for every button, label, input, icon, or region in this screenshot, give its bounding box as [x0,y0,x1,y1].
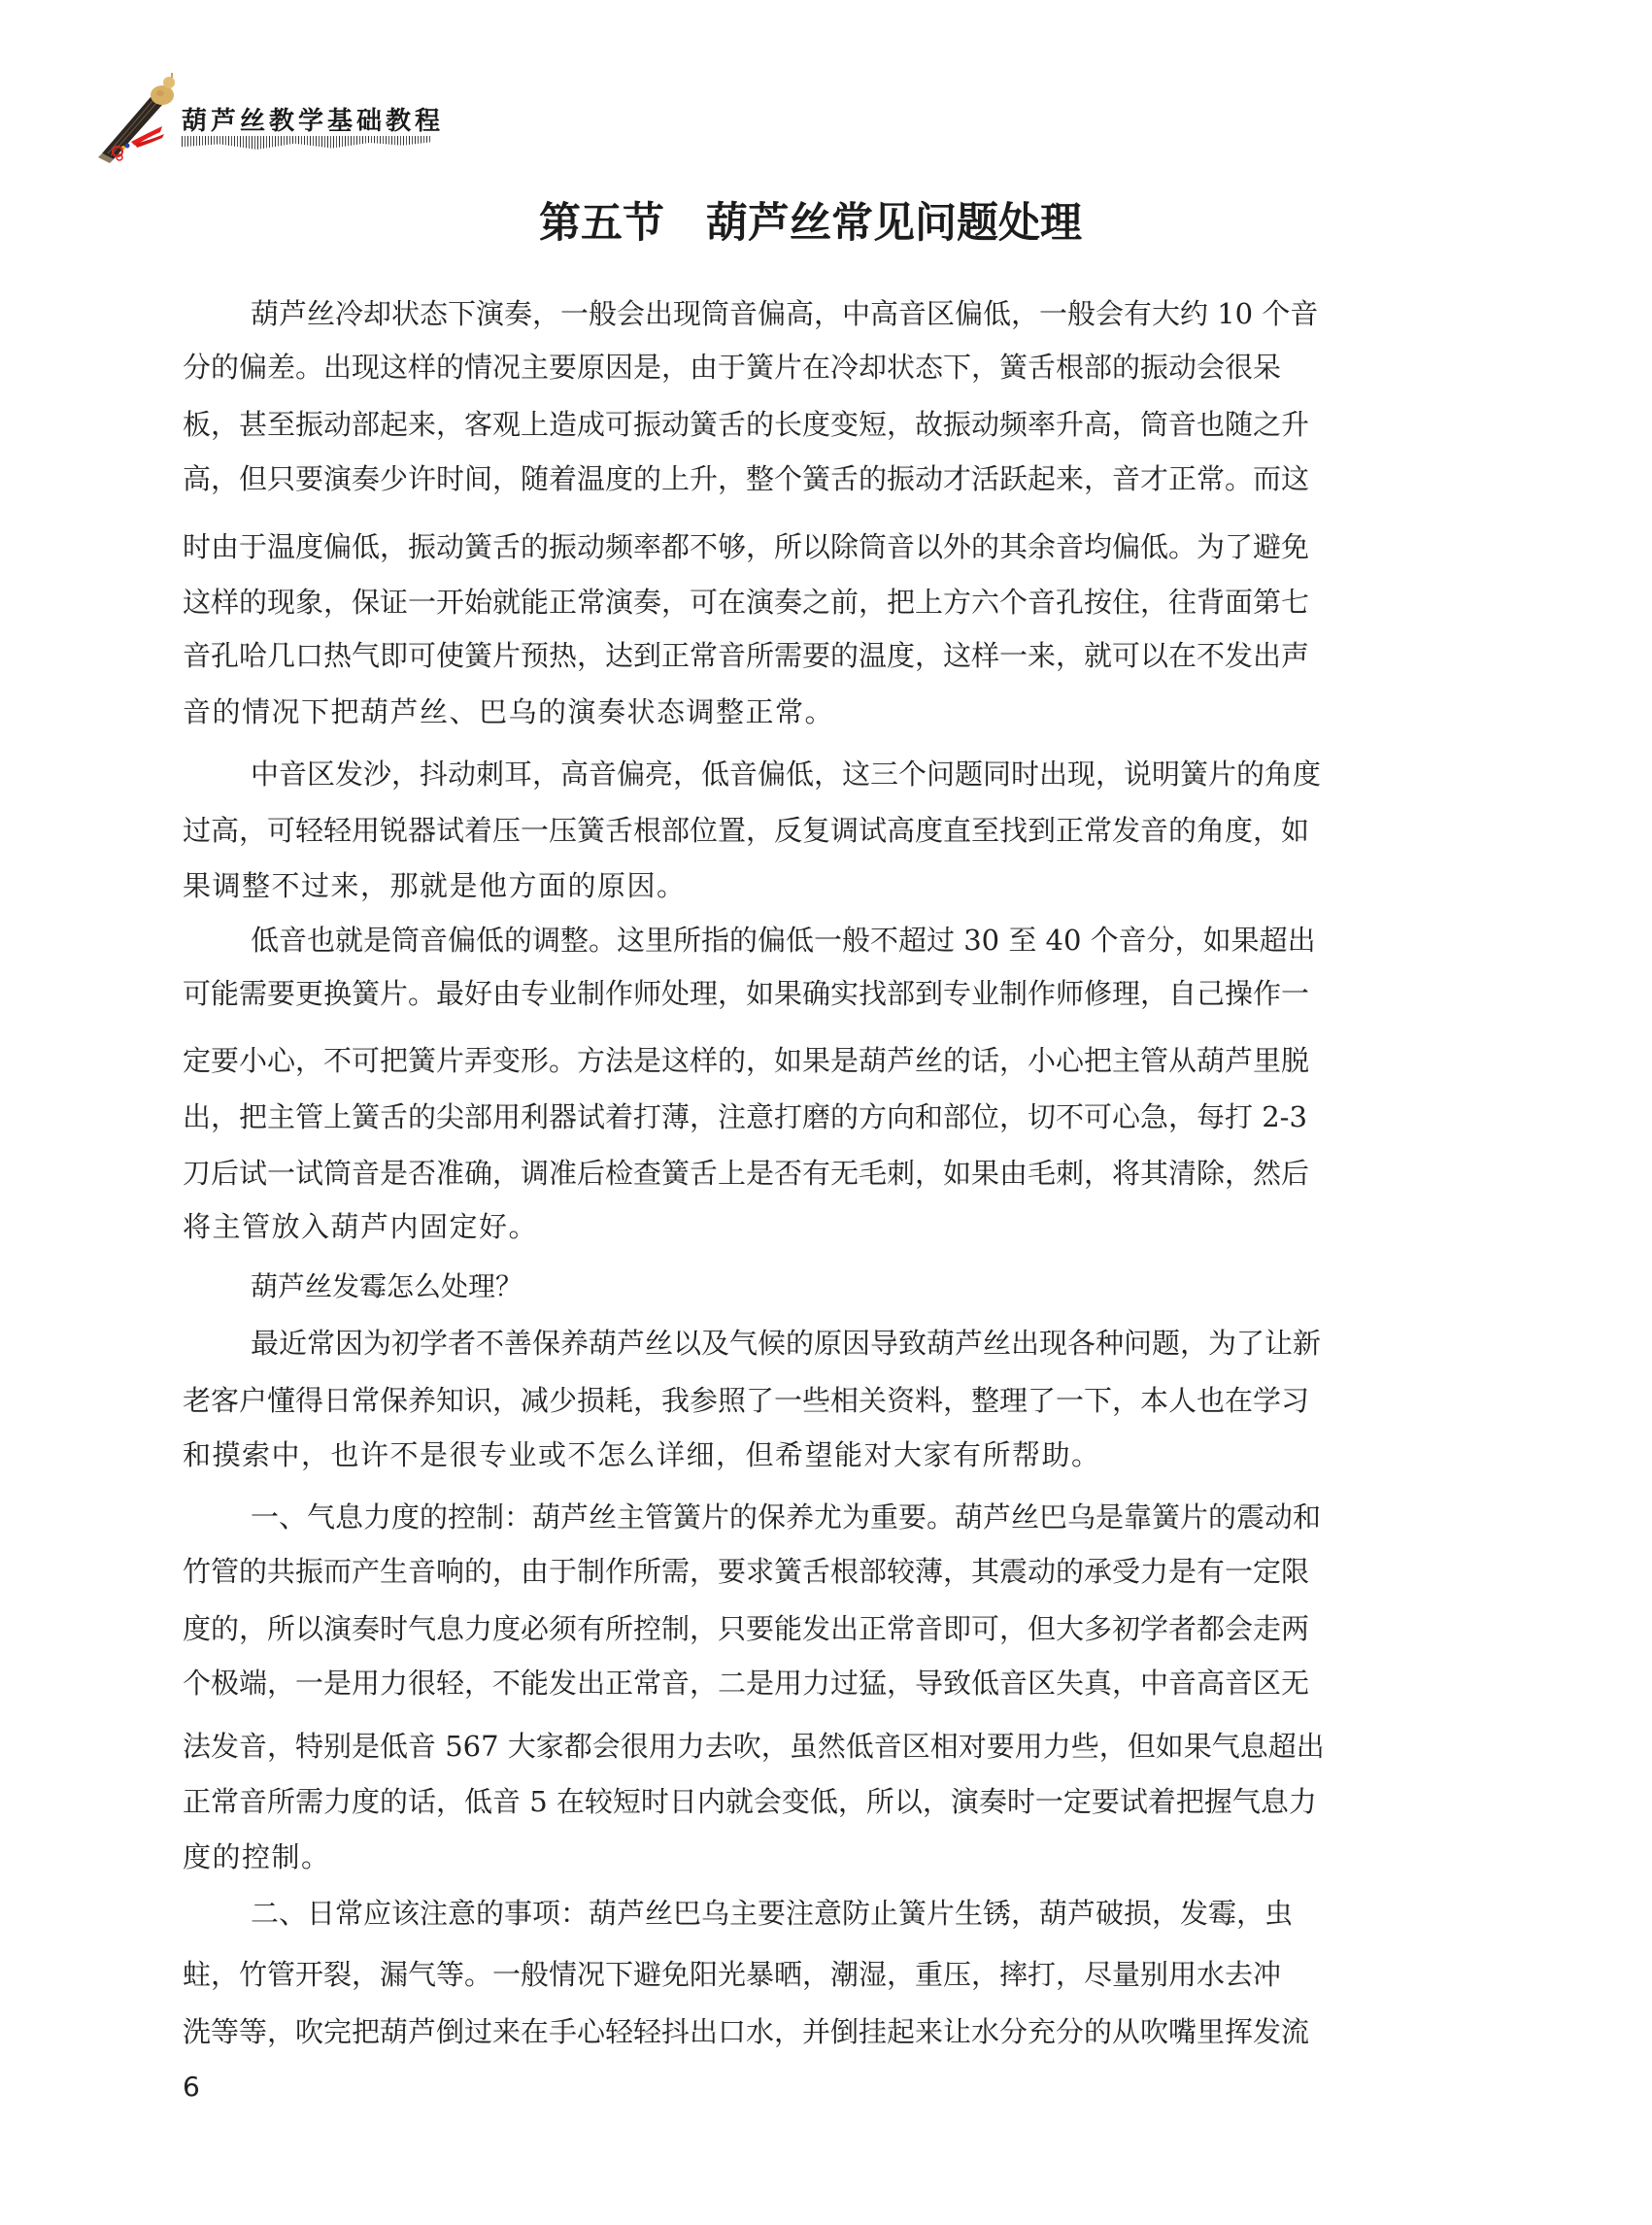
text-line: 板，甚至振动部起来，客观上造成可振动簧舌的长度变短，故振动频率升高，筒音也随之升 [183,407,1309,442]
text-line: 分的偏差。出现这样的情况主要原因是，由于簧片在冷却状态下，簧舌根部的振动会很呆 [183,350,1281,385]
text-line: 将主管放入葫芦内固定好。 [183,1209,1430,1244]
text-line: 高，但只要演奏少许时间，随着温度的上升，整个簧舌的振动才活跃起来，音才正常。而这 [183,461,1309,496]
text-line: 一、气息力度的控制：葫芦丝主管簧片的保养尤为重要。葫芦丝巴乌是靠簧片的震动和 [251,1500,1321,1534]
text-line: 二、日常应该注意的事项：葫芦丝巴乌主要注意防止簧片生锈，葫芦破损，发霉，虫 [251,1896,1293,1931]
text-line: 和摸索中，也许不是很专业或不怎么详细，但希望能对大家有所帮助。 [183,1437,1430,1472]
text-line: 可能需要更换簧片。最好由专业制作师处理，如果确实找部到专业制作师修理，自己操作一 [183,976,1309,1011]
text-line: 正常音所需力度的话，低音 5 在较短时日内就会变低，所以，演奏时一定要试着把握气… [183,1784,1317,1819]
text-line: 竹管的共振而产生音响的，由于制作所需，要求簧舌根部较薄，其震动的承受力是有一定限 [183,1554,1309,1589]
text-line: 法发音，特别是低音 567 大家都会很用力去吹，虽然低音区相对要用力些，但如果气… [183,1729,1325,1764]
text-line: 洗等等，吹完把葫芦倒过来在手心轻轻抖出口水，并倒挂起来让水分充分的从吹嘴里挥发流 [183,2014,1309,2049]
text-line: 低音也就是筒音偏低的调整。这里所指的偏低一般不超过 30 至 40 个音分，如果… [251,923,1316,958]
text-line: 音孔哈几口热气即可使簧片预热，达到正常音所需要的温度，这样一来，就可以在不发出声 [183,638,1309,673]
text-line: 度的控制。 [183,1839,1430,1874]
text-line: 音的情况下把葫芦丝、巴乌的演奏状态调整正常。 [183,694,1430,729]
text-line: 蛀，竹管开裂，漏气等。一般情况下避免阳光暴晒，潮湿，重压，摔打，尽量别用水去冲 [183,1957,1281,1992]
text-line: 定要小心，不可把簧片弄变形。方法是这样的，如果是葫芦丝的话，小心把主管从葫芦里脱 [183,1043,1309,1078]
hulusi-instrument-icon [92,70,189,167]
text-line: 果调整不过来，那就是他方面的原因。 [183,868,1430,903]
text-line: 度的，所以演奏时气息力度必须有所控制，只要能发出正常音即可，但大多初学者都会走两 [183,1611,1309,1646]
text-line: 时由于温度偏低，振动簧舌的振动频率都不够，所以除筒音以外的其余音均偏低。为了避免 [183,529,1309,564]
book-title: 葫芦丝教学基础教程 [182,101,444,137]
text-line: 出，把主管上簧舌的尖部用利器试着打薄，注意打磨的方向和部位，切不可心急，每打 2… [183,1099,1307,1134]
text-line: 过高，可轻轻用锐器试着压一压簧舌根部位置，反复调试高度直至找到正常发音的角度，如 [183,813,1309,848]
text-line: 老客户懂得日常保养知识，减少损耗，我参照了一些相关资料，整理了一下，本人也在学习 [183,1383,1309,1418]
text-line: 刀后试一试筒音是否准确，调准后检查簧舌上是否有无毛刺，如果由毛刺，将其清除，然后 [183,1156,1309,1191]
running-header: 葫芦丝教学基础教程 [92,70,452,167]
text-line: 最近常因为初学者不善保养葫芦丝以及气候的原因导致葫芦丝出现各种问题，为了让新 [251,1326,1321,1361]
text-line: 个极端，一是用力很轻，不能发出正常音，二是用力过猛，导致低音区失真，中音高音区无 [183,1666,1309,1701]
subheading: 葫芦丝发霉怎么处理？ [251,1269,523,1304]
section-title: 第五节 葫芦丝常见问题处理 [0,190,1636,250]
text-line: 葫芦丝冷却状态下演奏，一般会出现筒音偏高，中高音区偏低，一般会有大约 10 个音 [251,296,1318,331]
text-line: 中音区发沙，抖动刺耳，高音偏亮，低音偏低，这三个问题同时出现，说明簧片的角度 [251,757,1321,792]
header-decoration-fringe [182,136,432,150]
text-line: 这样的现象，保证一开始就能正常演奏，可在演奏之前，把上方六个音孔按住，往背面第七 [183,585,1309,620]
page-number: 6 [183,2071,200,2103]
